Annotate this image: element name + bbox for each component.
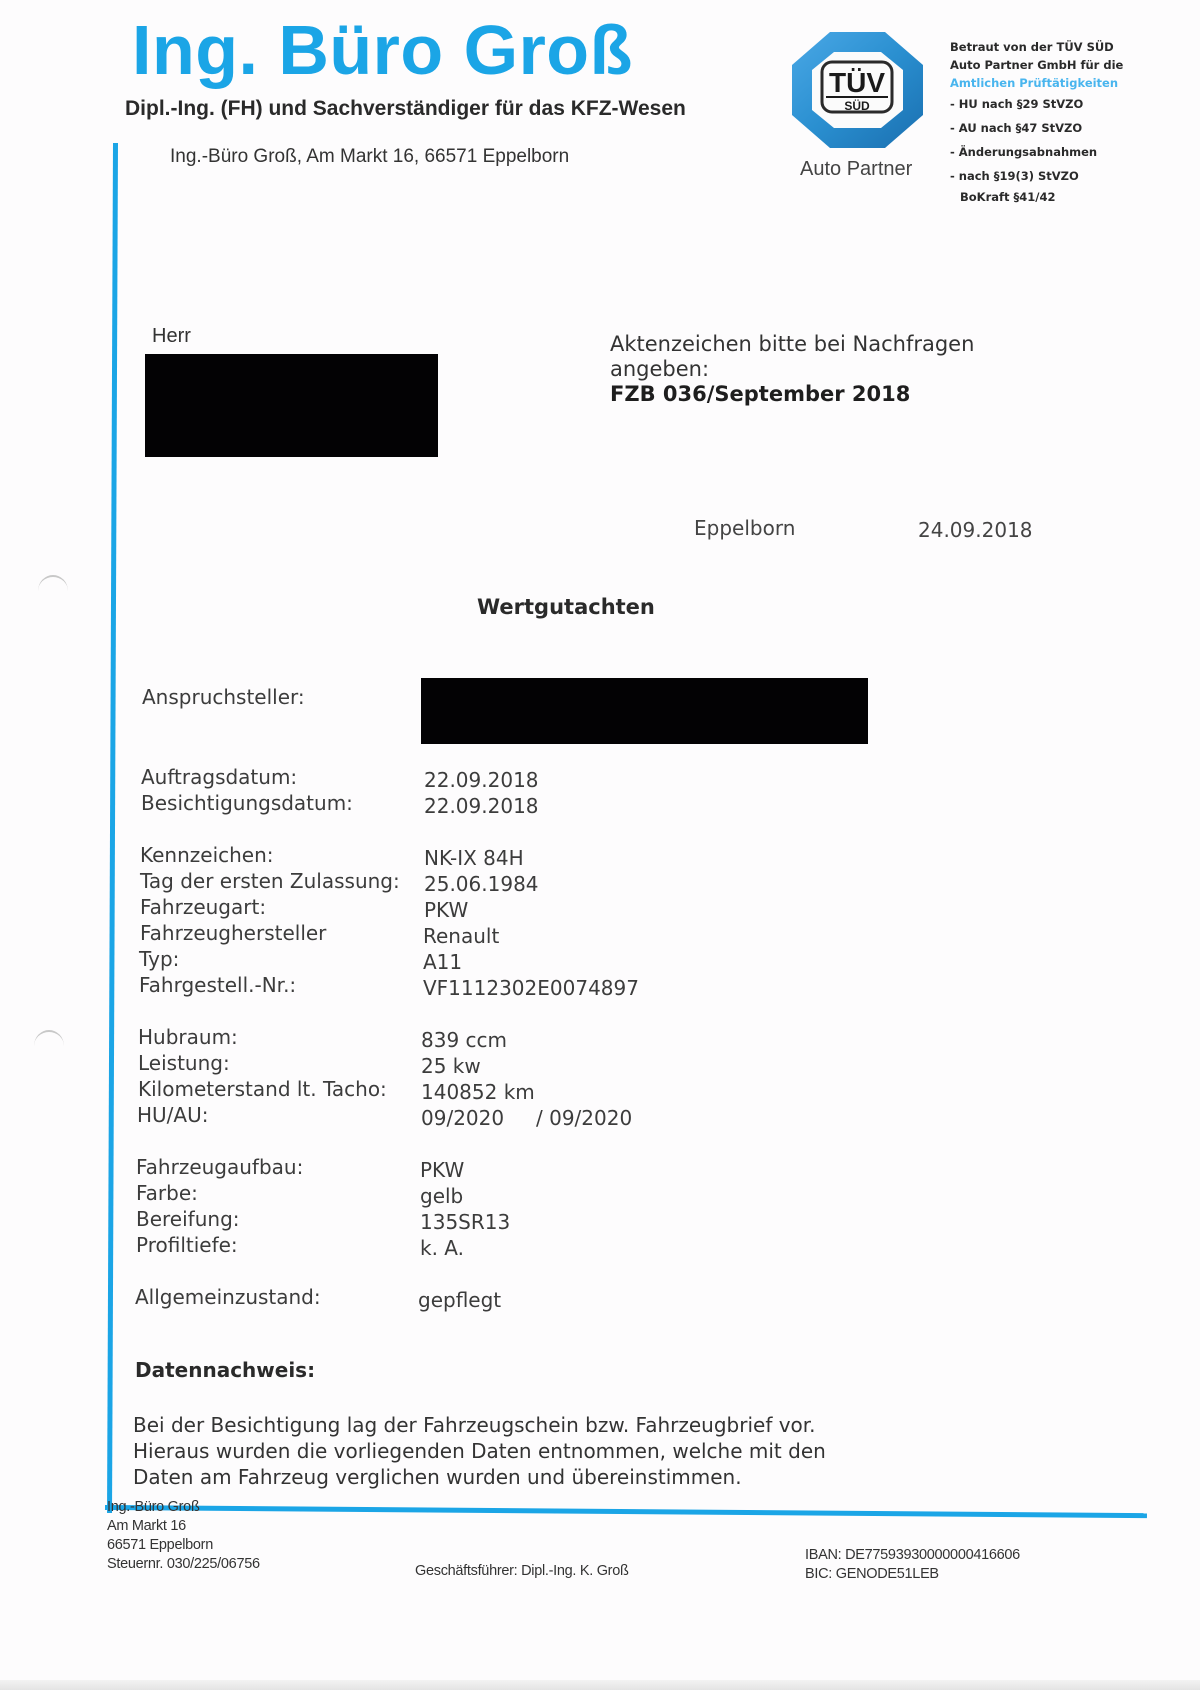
- field-label: Hubraum:: [138, 1025, 238, 1049]
- tuv-partner-label: Auto Partner: [800, 158, 912, 181]
- field-value: PKW: [420, 1158, 464, 1182]
- footer-bic: BIC: GENODE51LEB: [805, 1565, 1020, 1584]
- field-label: Leistung:: [138, 1051, 230, 1075]
- footer-iban: IBAN: DE77593930000000416606: [805, 1546, 1020, 1565]
- place: Eppelborn: [694, 516, 795, 540]
- field-value: gepflegt: [418, 1288, 501, 1312]
- field-label: Kennzeichen:: [140, 843, 274, 867]
- field-label: Bereifung:: [136, 1207, 240, 1231]
- field-value: 25.06.1984: [424, 872, 539, 896]
- tuv-info-item: - AU nach §47 StVZO: [950, 116, 1123, 140]
- tuv-info-line: Betraut von der TÜV SÜD: [950, 38, 1123, 56]
- data-proof-line: Hieraus wurden die vorliegenden Daten en…: [133, 1438, 826, 1464]
- field-label: Kilometerstand lt. Tacho:: [138, 1077, 387, 1101]
- field-label: HU/AU:: [137, 1103, 208, 1127]
- field-label: Tag der ersten Zulassung:: [140, 869, 400, 893]
- field-label: Auftragsdatum:: [141, 765, 297, 789]
- sender-address-line: Ing.-Büro Groß, Am Markt 16, 66571 Eppel…: [170, 146, 569, 168]
- tuv-info-item: - HU nach §29 StVZO: [950, 92, 1123, 116]
- footer-bank: IBAN: DE77593930000000416606 BIC: GENODE…: [805, 1546, 1020, 1584]
- field-value: k. A.: [420, 1236, 464, 1260]
- field-value: gelb: [420, 1184, 463, 1208]
- reference-block: Aktenzeichen bitte bei Nachfragen angebe…: [610, 332, 974, 407]
- recipient-salutation: Herr: [152, 325, 191, 348]
- document-title: Wertgutachten: [477, 595, 655, 619]
- footer-line: Steuernr. 030/225/06756: [107, 1555, 260, 1574]
- field-value: VF1112302E0074897: [423, 976, 639, 1000]
- tuv-sud-logo-icon: TÜV SÜD: [790, 30, 925, 150]
- svg-text:SÜD: SÜD: [844, 98, 870, 113]
- brand-subtitle: Dipl.-Ing. (FH) und Sachverständiger für…: [125, 97, 686, 121]
- tuv-info-line: Auto Partner GmbH für die: [950, 56, 1123, 74]
- reference-note: Aktenzeichen bitte bei Nachfragen: [610, 332, 974, 357]
- tuv-accreditation-info: Betraut von der TÜV SÜD Auto Partner Gmb…: [950, 38, 1123, 206]
- data-proof-text: Bei der Besichtigung lag der Fahrzeugsch…: [133, 1412, 826, 1490]
- footer-line: 66571 Eppelborn: [107, 1536, 260, 1555]
- field-label: Allgemeinzustand:: [135, 1285, 321, 1309]
- punch-hole-mark: [34, 1030, 64, 1062]
- field-value: 22.09.2018: [424, 768, 539, 792]
- field-value: 140852 km: [421, 1080, 535, 1104]
- tuv-info-item: - Änderungsabnahmen: [950, 140, 1123, 164]
- reference-code: FZB 036/September 2018: [610, 382, 974, 407]
- letter-date: 24.09.2018: [918, 518, 1033, 542]
- brand-name: Ing. Büro Groß: [132, 10, 633, 90]
- field-value: PKW: [424, 898, 468, 922]
- reference-note: angeben:: [610, 357, 974, 382]
- footer-address: Ing.-Büro Groß Am Markt 16 66571 Eppelbo…: [107, 1498, 260, 1574]
- field-value: 25 kw: [421, 1054, 481, 1078]
- tuv-info-item: - nach §19(3) StVZO: [950, 164, 1123, 188]
- field-label: Fahrgestell.-Nr.:: [139, 973, 296, 997]
- data-proof-line: Bei der Besichtigung lag der Fahrzeugsch…: [133, 1412, 826, 1438]
- footer-line: Ing.-Büro Groß: [107, 1498, 260, 1517]
- field-value: A11: [423, 950, 462, 974]
- field-value: NK-IX 84H: [424, 846, 524, 870]
- svg-text:TÜV: TÜV: [829, 67, 885, 98]
- field-label: Profiltiefe:: [136, 1233, 238, 1257]
- redacted-claimant: [421, 678, 868, 744]
- margin-rule-vertical: [107, 143, 118, 1513]
- field-label: Besichtigungsdatum:: [141, 791, 353, 815]
- data-proof-heading: Datennachweis:: [135, 1358, 315, 1382]
- footer-managing-director: Geschäftsführer: Dipl.-Ing. K. Groß: [415, 1563, 629, 1579]
- data-proof-line: Daten am Fahrzeug verglichen wurden und …: [133, 1464, 826, 1490]
- tuv-info-accent: Amtlichen Prüftätigkeiten: [950, 74, 1123, 92]
- field-value: 22.09.2018: [424, 794, 539, 818]
- claimant-label: Anspruchsteller:: [142, 685, 305, 709]
- field-label: Typ:: [139, 947, 179, 971]
- field-value: 135SR13: [420, 1210, 510, 1234]
- redacted-recipient-address: [145, 354, 438, 457]
- field-value: 09/2020: [421, 1106, 504, 1130]
- field-label: Fahrzeugart:: [140, 895, 266, 919]
- field-label: Farbe:: [136, 1181, 198, 1205]
- footer-line: Am Markt 16: [107, 1517, 260, 1536]
- field-value: Renault: [423, 924, 499, 948]
- punch-hole-mark: [38, 575, 68, 607]
- field-label: Fahrzeugaufbau:: [136, 1155, 303, 1179]
- field-value-secondary: / 09/2020: [536, 1106, 632, 1130]
- page-bottom-edge: [0, 1680, 1200, 1690]
- footer-rule: [105, 1505, 1147, 1518]
- field-value: 839 ccm: [421, 1028, 507, 1052]
- tuv-info-item-tail: BoKraft §41/42: [950, 188, 1123, 206]
- field-label: Fahrzeughersteller: [140, 921, 326, 945]
